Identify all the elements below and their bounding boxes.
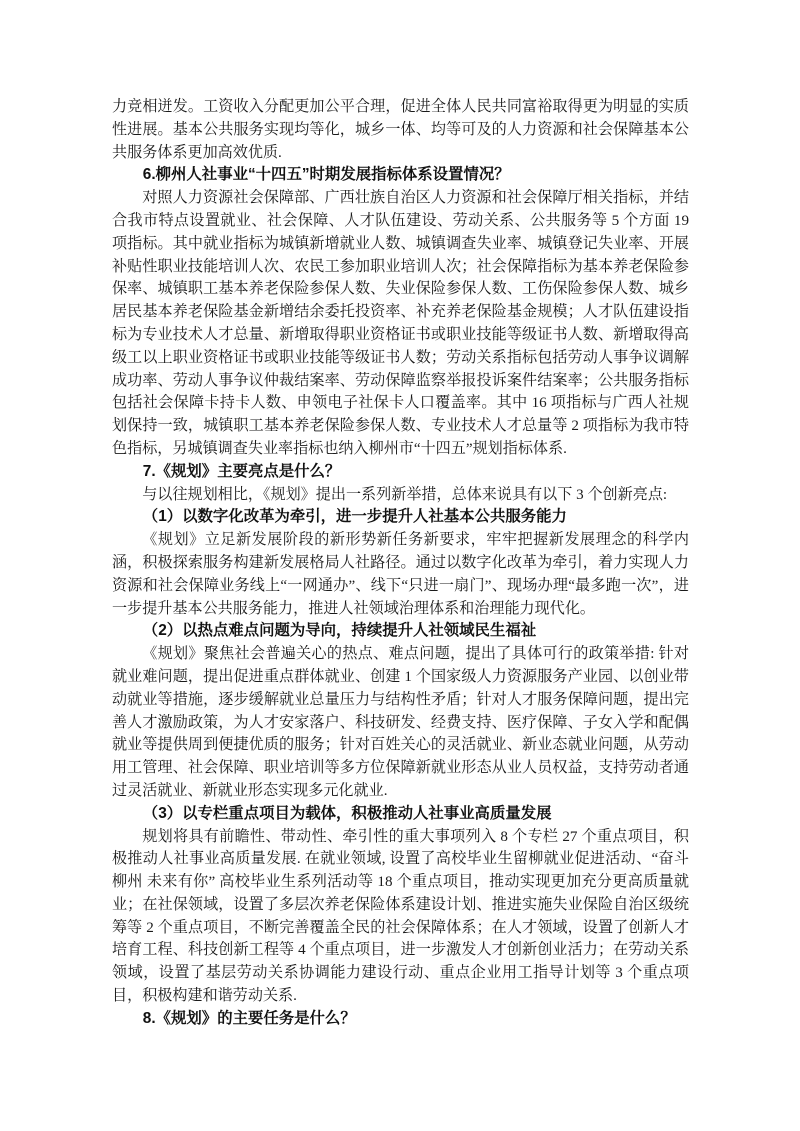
paragraph-highlight-1: 《规划》立足新发展阶段的新形势新任务新要求，牢牢把握新发展理念的科学内涵，积极探…	[112, 529, 689, 620]
question-heading-7: 7.《规划》主要亮点是什么？	[112, 461, 689, 484]
paragraph-continuation: 力竞相迸发。工资收入分配更加公平合理，促进全体人民共同富裕取得更为明显的实质性进…	[112, 96, 689, 164]
paragraph-highlight-3: 规划将具有前瞻性、带动性、牵引性的重大事项列入 8 个专栏 27 个重点项目，积…	[112, 826, 689, 1008]
question-heading-8: 8.《规划》的主要任务是什么？	[112, 1008, 689, 1031]
sub-heading-highlight-2: （2）以热点难点问题为导向，持续提升人社领域民生福祉	[112, 620, 689, 643]
document-text-block: 力竞相迸发。工资收入分配更加公平合理，促进全体人民共同富裕取得更为明显的实质性进…	[112, 96, 689, 1031]
sub-heading-highlight-1: （1）以数字化改革为牵引，进一步提升人社基本公共服务能力	[112, 506, 689, 529]
question-heading-6: 6.柳州人社事业“十四五”时期发展指标体系设置情况？	[112, 164, 689, 187]
document-page: 力竞相迸发。工资收入分配更加公平合理，促进全体人民共同富裕取得更为明显的实质性进…	[0, 0, 800, 1131]
paragraph-indicator-system: 对照人力资源社会保障部、广西壮族自治区人力资源和社会保障厅相关指标，并结合我市特…	[112, 187, 689, 461]
paragraph-highlight-2: 《规划》聚焦社会普遍关心的热点、难点问题，提出了具体可行的政策举措: 针对就业难…	[112, 643, 689, 803]
paragraph-highlights-intro: 与以往规划相比，《规划》提出一系列新举措，总体来说具有以下 3 个创新亮点:	[112, 484, 689, 507]
sub-heading-highlight-3: （3）以专栏重点项目为载体，积极推动人社事业高质量发展	[112, 803, 689, 826]
